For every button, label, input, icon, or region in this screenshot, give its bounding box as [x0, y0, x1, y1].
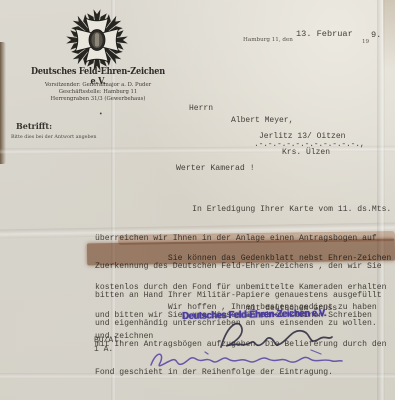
paper-fold-corner	[383, 0, 395, 70]
handwritten-title-generalmajor	[143, 343, 348, 375]
file-reference: BU/Al.	[94, 336, 123, 345]
address-district: Krs. Ülzen	[282, 148, 330, 157]
betrifft-label: Betrifft:	[16, 121, 52, 131]
body-line: In Erledigung Ihrer Karte vom 11. ds.Mts…	[95, 205, 391, 215]
dateline-year-printed: 19	[362, 39, 369, 45]
cross-star-emblem-icon	[53, 5, 141, 75]
photo-background-edge	[0, 42, 6, 164]
dateline-date-typed: 13. Februar	[296, 29, 353, 39]
letterhead-dot-ornament: •	[99, 111, 103, 118]
address-prefix: Herrn	[189, 104, 213, 113]
dateline-place-printed: Hamburg 11, den	[243, 37, 293, 43]
letterhead-address-line: Herrengraben 31/3 (Gewerbehaus)	[18, 96, 178, 102]
address-name: Albert Meyer,	[231, 116, 293, 125]
dateline-year-typed: 9.	[371, 30, 381, 40]
letterhead-office-line: Geschäftsstelle: Hamburg 11	[18, 89, 178, 95]
enclosure-note: 1 A.	[94, 345, 113, 354]
betrifft-note: Bitte dies bei der Antwort angeben	[11, 135, 96, 140]
salutation: Werter Kamerad !	[176, 164, 255, 173]
letter-photo: Deutsches Feld-Ehren-Zeichen e.V. Vorsit…	[0, 0, 395, 400]
letterhead-chairman-line: Vorsitzender: Generalmajor a. D. Puder	[18, 82, 178, 88]
